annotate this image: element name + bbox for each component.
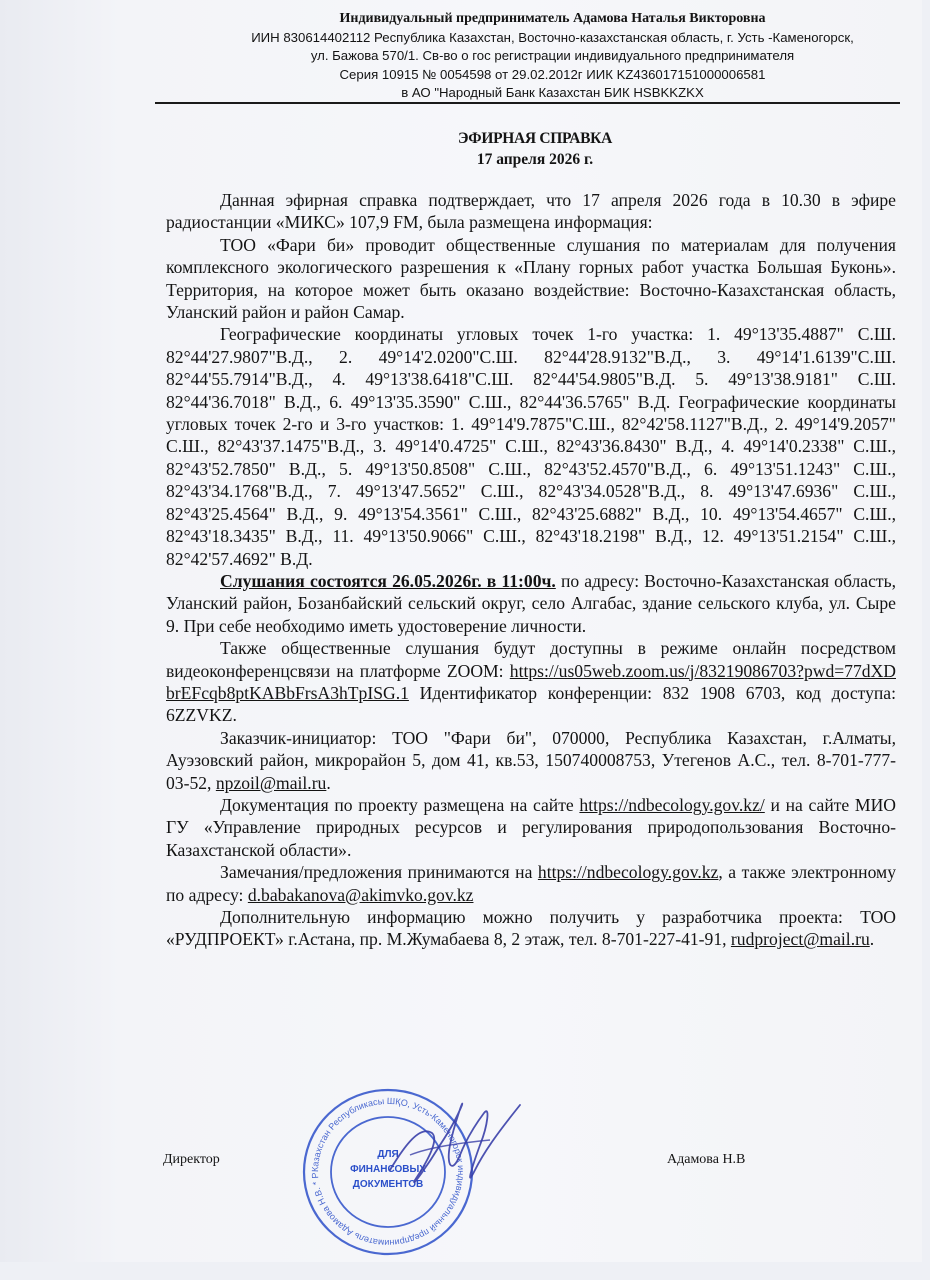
letterhead-name: Индивидуальный предприниматель Адамова Н… (205, 10, 900, 29)
paragraph-comments: Замечания/предложения принимаются на htt… (166, 861, 896, 906)
letterhead-line-iin: ИИН 830614402112 Республика Казахстан, В… (205, 29, 900, 48)
paragraph-coordinates: Географические координаты угловых точек … (166, 323, 896, 569)
hearing-date-highlight: Слушания состоятся 26.05.2026г. в 11:00ч… (220, 571, 556, 591)
document-date: 17 апреля 2026 г. (160, 149, 910, 170)
period: . (870, 929, 874, 949)
period: . (326, 773, 330, 793)
paragraph-hearing-date: Слушания состоятся 26.05.2026г. в 11:00ч… (166, 570, 896, 637)
comments-text: Замечания/предложения принимаются на (220, 862, 538, 882)
letterhead-line-registration: Серия 10915 № 0054598 от 29.02.2012г ИИК… (205, 66, 900, 85)
paragraph-documentation: Документация по проекту размещена на сай… (166, 794, 896, 861)
letterhead-line-address: ул. Бажова 570/1. Св-во о гос регистраци… (205, 47, 900, 66)
customer-email-link[interactable]: npzoil@mail.ru (216, 773, 327, 793)
paragraph-hearings-subject: ТОО «Фари би» проводит общественные слуш… (166, 234, 896, 324)
paragraph-developer: Дополнительную информацию можно получить… (166, 906, 896, 951)
letterhead-line-bank: в АО "Народный Банк Казахстан БИК HSBKKZ… (205, 84, 900, 103)
signature-role: Директор (163, 1152, 220, 1168)
paragraph-customer: Заказчик-инициатор: ТОО "Фари би", 07000… (166, 727, 896, 794)
letterhead: Индивидуальный предприниматель Адамова Н… (205, 10, 900, 103)
paragraph-online: Также общественные слушания будут доступ… (166, 637, 896, 727)
ndbecology-link[interactable]: https://ndbecology.gov.kz/ (579, 795, 764, 815)
paragraph-intro: Данная эфирная справка подтверждает, что… (166, 189, 896, 234)
document-body: Данная эфирная справка подтверждает, что… (166, 189, 896, 951)
signature-name: Адамова Н.В (667, 1152, 745, 1168)
documentation-text: Документация по проекту размещена на сай… (220, 795, 579, 815)
akimvko-email-link[interactable]: d.babakanova@akimvko.gov.kz (248, 885, 474, 905)
developer-email-link[interactable]: rudproject@mail.ru (731, 929, 870, 949)
document-title: ЭФИРНАЯ СПРАВКА (160, 128, 910, 149)
scanned-page: Индивидуальный предприниматель Адамова Н… (0, 0, 922, 1262)
letterhead-divider (155, 102, 900, 104)
document-title-block: ЭФИРНАЯ СПРАВКА 17 апреля 2026 г. (160, 128, 910, 170)
ndbecology-comments-link[interactable]: https://ndbecology.gov.kz (538, 862, 718, 882)
handwritten-signature-icon (380, 1085, 530, 1205)
